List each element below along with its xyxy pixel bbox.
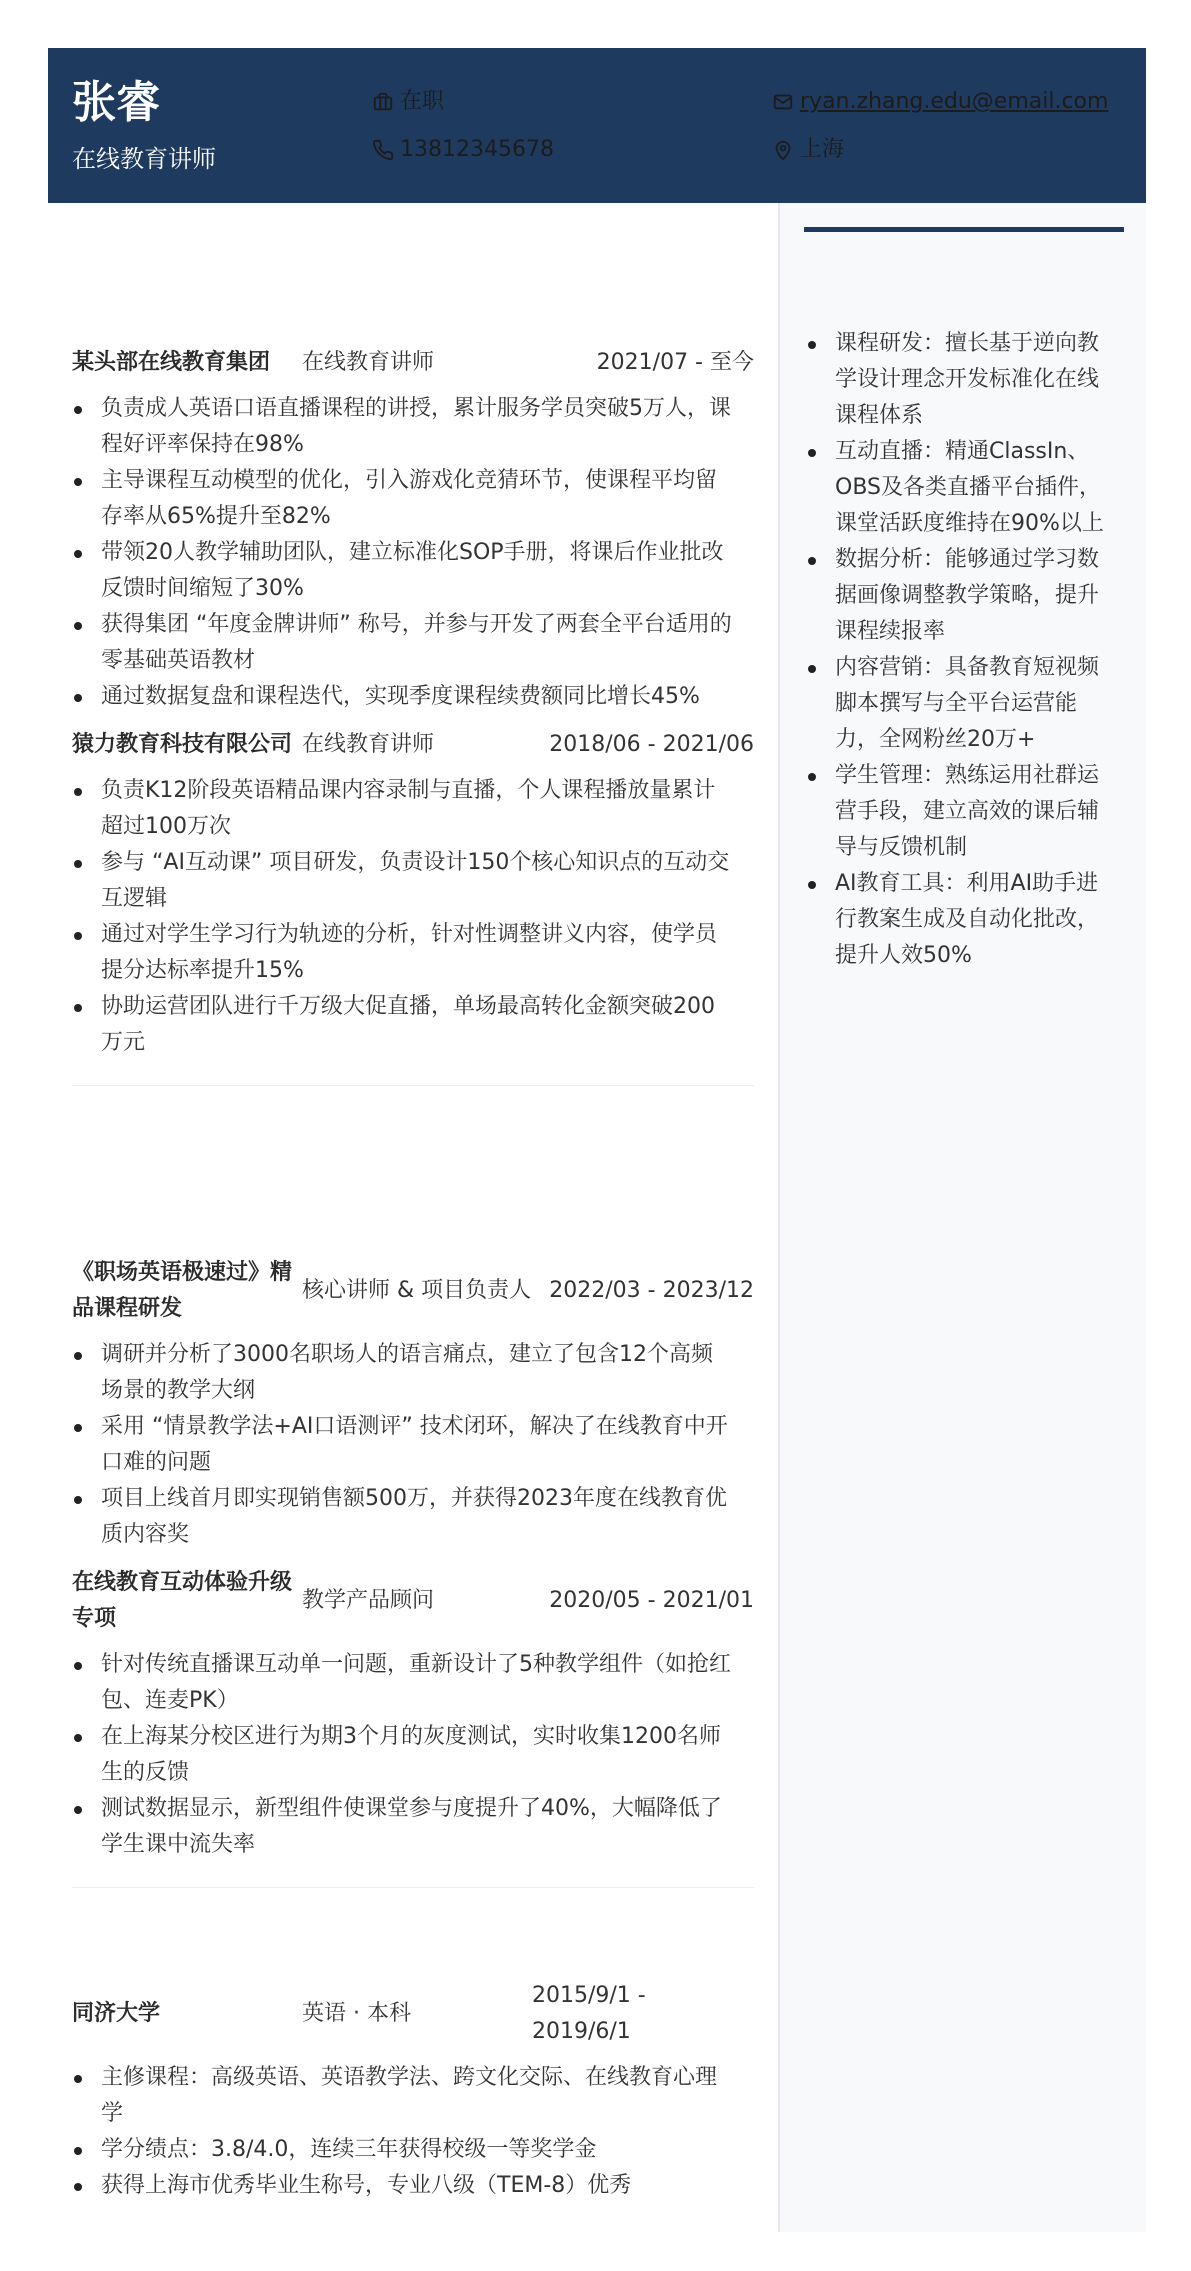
entry-bullets: 主修课程：高级英语、英语教学法、跨文化交际、在线教育心理学 学分绩点：3.8/4…: [72, 2060, 754, 2204]
entry-bullets: 负责K12阶段英语精品课内容录制与直播，个人课程播放量累计超过100万次 参与 …: [72, 773, 754, 1061]
resume-page: 张睿 在线教育讲师 在职 13812345678 ryan.zhang.edu@…: [48, 48, 1146, 2232]
contact-location: 上海: [772, 135, 844, 165]
bullet-item: 负责K12阶段英语精品课内容录制与直播，个人课程播放量累计超过100万次: [72, 773, 732, 845]
bullet-item: 通过数据复盘和课程迭代，实现季度课程续费额同比增长45%: [72, 679, 732, 715]
phone-icon: [372, 139, 394, 161]
bullet-item: 通过对学生学习行为轨迹的分析，针对性调整讲义内容，使学员提分达标率提升15%: [72, 917, 732, 989]
entry-bullets: 调研并分析了3000名职场人的语言痛点，建立了包含12个高频场景的教学大纲 采用…: [72, 1337, 754, 1553]
skill-item: 课程研发：擅长基于逆向教学设计理念开发标准化在线课程体系: [804, 326, 1104, 434]
education-section: 同济大学 英语 · 本科 2015/9/1 - 2019/6/1 主修课程：高级…: [72, 1978, 754, 2204]
work-section: 某头部在线教育集团 在线教育讲师 2021/07 - 至今 负责成人英语口语直播…: [72, 345, 754, 1086]
entry-org: 猿力教育科技有限公司: [72, 727, 302, 763]
contact-email: ryan.zhang.edu@email.com: [772, 87, 1108, 117]
entry-role: 在线教育讲师: [302, 345, 532, 381]
entry-org: 某头部在线教育集团: [72, 345, 302, 381]
candidate-name: 张睿: [72, 78, 160, 128]
bullet-item: 测试数据显示，新型组件使课堂参与度提升了40%，大幅降低了学生课中流失率: [72, 1791, 732, 1863]
phone-text: 13812345678: [400, 135, 554, 165]
bullet-item: 负责成人英语口语直播课程的讲授，累计服务学员突破5万人，课程好评率保持在98%: [72, 391, 732, 463]
entry-bullets: 针对传统直播课互动单一问题，重新设计了5种教学组件（如抢红包、连麦PK） 在上海…: [72, 1647, 754, 1863]
skill-item: 互动直播：精通ClassIn、OBS及各类直播平台插件，课堂活跃度维持在90%以…: [804, 434, 1104, 542]
bullet-item: 主修课程：高级英语、英语教学法、跨文化交际、在线教育心理学: [72, 2060, 732, 2132]
entry-bullets: 负责成人英语口语直播课程的讲授，累计服务学员突破5万人，课程好评率保持在98% …: [72, 391, 754, 715]
resume-header: 张睿 在线教育讲师 在职 13812345678 ryan.zhang.edu@…: [48, 48, 1146, 203]
entry-org: 同济大学: [72, 1996, 302, 2032]
entry-org: 《职场英语极速过》精品课程研发: [72, 1255, 302, 1327]
entry-date: 2020/05 - 2021/01: [532, 1583, 754, 1619]
work-entry: 某头部在线教育集团 在线教育讲师 2021/07 - 至今 负责成人英语口语直播…: [72, 345, 754, 715]
projects-section: 《职场英语极速过》精品课程研发 核心讲师 & 项目负责人 2022/03 - 2…: [72, 1255, 754, 1888]
bullet-item: 采用 “情景教学法+AI口语测评” 技术闭环，解决了在线教育中开口难的问题: [72, 1409, 732, 1481]
work-entry: 猿力教育科技有限公司 在线教育讲师 2018/06 - 2021/06 负责K1…: [72, 727, 754, 1061]
bullet-item: 主导课程互动模型的优化，引入游戏化竞猜环节，使课程平均留存率从65%提升至82%: [72, 463, 732, 535]
bullet-item: 学分绩点：3.8/4.0，连续三年获得校级一等奖学金: [72, 2132, 732, 2168]
skills-list: 课程研发：擅长基于逆向教学设计理念开发标准化在线课程体系 互动直播：精通Clas…: [804, 326, 1104, 974]
skill-item: AI教育工具：利用AI助手进行教案生成及自动化批改，提升人效50%: [804, 866, 1104, 974]
email-link[interactable]: ryan.zhang.edu@email.com: [800, 87, 1108, 117]
project-entry: 《职场英语极速过》精品课程研发 核心讲师 & 项目负责人 2022/03 - 2…: [72, 1255, 754, 1553]
section-divider: [72, 1887, 754, 1888]
education-entry: 同济大学 英语 · 本科 2015/9/1 - 2019/6/1 主修课程：高级…: [72, 1978, 754, 2204]
status-text: 在职: [400, 87, 444, 117]
skill-item: 学生管理：熟练运用社群运营手段，建立高效的课后辅导与反馈机制: [804, 758, 1104, 866]
bullet-item: 获得集团 “年度金牌讲师” 称号，并参与开发了两套全平台适用的零基础英语教材: [72, 607, 732, 679]
project-entry: 在线教育互动体验升级专项 教学产品顾问 2020/05 - 2021/01 针对…: [72, 1565, 754, 1863]
entry-date: 2015/9/1 - 2019/6/1: [532, 1978, 712, 2050]
location-text: 上海: [800, 135, 844, 165]
map-pin-icon: [772, 139, 794, 161]
skill-item: 内容营销：具备教育短视频脚本撰写与全平台运营能力，全网粉丝20万+: [804, 650, 1104, 758]
entry-org: 在线教育互动体验升级专项: [72, 1565, 302, 1637]
entry-role: 核心讲师 & 项目负责人: [302, 1273, 532, 1309]
bullet-item: 调研并分析了3000名职场人的语言痛点，建立了包含12个高频场景的教学大纲: [72, 1337, 732, 1409]
bullet-item: 针对传统直播课互动单一问题，重新设计了5种教学组件（如抢红包、连麦PK）: [72, 1647, 732, 1719]
contact-status: 在职: [372, 87, 444, 117]
sidebar-accent-rule: [804, 227, 1124, 232]
mail-icon: [772, 91, 794, 113]
bullet-item: 参与 “AI互动课” 项目研发，负责设计150个核心知识点的互动交互逻辑: [72, 845, 732, 917]
entry-role: 教学产品顾问: [302, 1583, 532, 1619]
bullet-item: 协助运营团队进行千万级大促直播，单场最高转化金额突破200万元: [72, 989, 732, 1061]
main-column: 某头部在线教育集团 在线教育讲师 2021/07 - 至今 负责成人英语口语直播…: [48, 203, 778, 2232]
section-divider: [72, 1085, 754, 1086]
entry-date: 2021/07 - 至今: [532, 345, 754, 381]
bullet-item: 带领20人教学辅助团队，建立标准化SOP手册，将课后作业批改反馈时间缩短了30%: [72, 535, 732, 607]
contact-phone: 13812345678: [372, 135, 554, 165]
entry-date: 2018/06 - 2021/06: [532, 727, 754, 763]
bullet-item: 项目上线首月即实现销售额500万，并获得2023年度在线教育优质内容奖: [72, 1481, 732, 1553]
sidebar: 课程研发：擅长基于逆向教学设计理念开发标准化在线课程体系 互动直播：精通Clas…: [778, 203, 1146, 2232]
skill-item: 数据分析：能够通过学习数据画像调整教学策略，提升课程续报率: [804, 542, 1104, 650]
briefcase-icon: [372, 91, 394, 113]
bullet-item: 在上海某分校区进行为期3个月的灰度测试，实时收集1200名师生的反馈: [72, 1719, 732, 1791]
bullet-item: 获得上海市优秀毕业生称号，专业八级（TEM-8）优秀: [72, 2168, 732, 2204]
candidate-title: 在线教育讲师: [72, 142, 216, 176]
entry-date: 2022/03 - 2023/12: [532, 1273, 754, 1309]
entry-role: 在线教育讲师: [302, 727, 532, 763]
entry-role: 英语 · 本科: [302, 1996, 532, 2032]
